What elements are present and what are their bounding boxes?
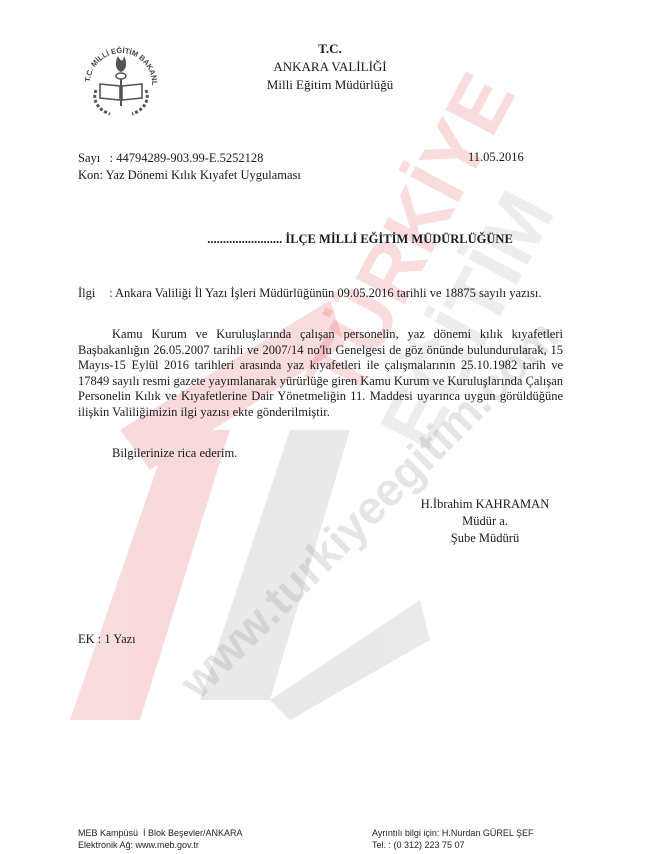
signatory-title-1: Müdür a. <box>415 513 555 530</box>
letterhead: T.C. ANKARA VALİLİĞİ Milli Eğitim Müdürl… <box>200 40 460 94</box>
addressee: ........................ İLÇE MİLLİ EĞİT… <box>0 232 660 247</box>
subject: Kon: Yaz Dönemi Kılık Kıyafet Uygulaması <box>78 167 301 184</box>
ministry-logo: T.C. MİLLİ EĞİTİM BAKANLIĞI <box>76 34 166 124</box>
reference-text: : Ankara Valiliği İl Yazı İşleri Müdürlü… <box>109 286 541 300</box>
header-governorship: ANKARA VALİLİĞİ <box>200 58 460 76</box>
reference-line: İlgi : Ankara Valiliği İl Yazı İşleri Mü… <box>78 286 542 301</box>
header-directorate: Milli Eğitim Müdürlüğü <box>200 76 460 94</box>
footer-address: MEB Kampüsü İ Blok Beşevler/ANKARA Elekt… <box>78 827 243 851</box>
reference-label: İlgi <box>78 286 106 301</box>
header-tc: T.C. <box>200 40 460 58</box>
footer-address-line: MEB Kampüsü İ Blok Beşevler/ANKARA <box>78 827 243 839</box>
document-meta: Sayı : 44794289-903.99-E.5252128 Kon: Ya… <box>78 150 301 184</box>
document-date: 11.05.2016 <box>468 150 524 165</box>
signatory-title-2: Şube Müdürü <box>415 530 555 547</box>
signatory-name: H.İbrahim KAHRAMAN <box>415 496 555 513</box>
reference-number: Sayı : 44794289-903.99-E.5252128 <box>78 150 301 167</box>
footer-contact-person: Ayrıntılı bilgi için: H.Nurdan GÜREL ŞEF <box>372 827 534 839</box>
watermark: www.turkiyeegitim.com TÜRKİYE EĞİTİM <box>0 0 660 854</box>
footer-phone: Tel. : (0 312) 223 75 07 <box>372 839 534 851</box>
closing: Bilgilerinize rica ederim. <box>112 446 237 461</box>
document-page: www.turkiyeegitim.com TÜRKİYE EĞİTİM T.C… <box>0 0 660 854</box>
signature-block: H.İbrahim KAHRAMAN Müdür a. Şube Müdürü <box>415 496 555 547</box>
body-paragraph: Kamu Kurum ve Kuruluşlarında çalışan per… <box>78 327 563 420</box>
attachment-note: EK : 1 Yazı <box>78 632 136 647</box>
footer-contact: Ayrıntılı bilgi için: H.Nurdan GÜREL ŞEF… <box>372 827 534 851</box>
footer-web-line: Elektronik Ağ: www.meb.gov.tr <box>78 839 243 851</box>
